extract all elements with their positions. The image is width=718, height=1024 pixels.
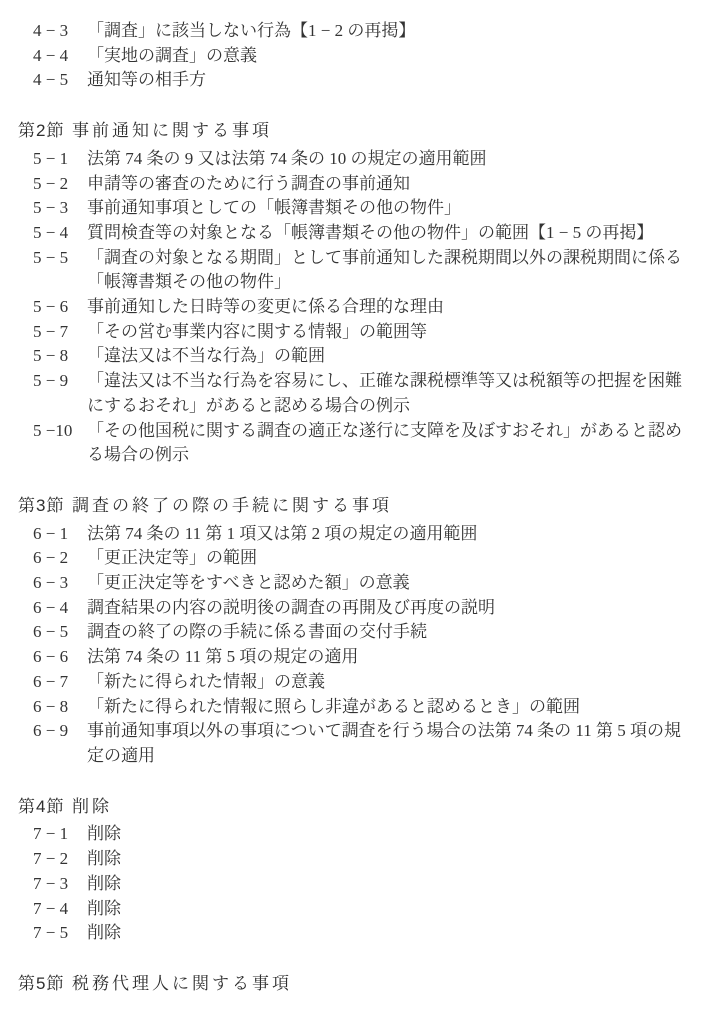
toc-item-text: 削除: [87, 847, 700, 872]
toc-item-text: 削除: [87, 822, 700, 847]
toc-item-line: 削除: [87, 921, 700, 946]
toc-item-number: 6 − 8: [33, 695, 87, 720]
section-title: 調査の終了の際の手続に関する事項: [72, 494, 718, 519]
toc-item-number: 7 − 1: [33, 822, 87, 847]
toc-item-number: 5 − 1: [33, 147, 87, 172]
toc-item-text: 質問検査等の対象となる「帳簿書類その他の物件」の範囲【1 − 5 の再掲】: [87, 221, 700, 246]
toc-item-line: 事前通知事項以外の事項について調査を行う場合の法第 74 条の 11 第 5 項…: [87, 719, 700, 744]
toc-item: 5 − 8 「違法又は不当な行為」の範囲: [0, 344, 718, 369]
toc-item: 5 − 4 質問検査等の対象となる「帳簿書類その他の物件」の範囲【1 − 5 の…: [0, 221, 718, 246]
section-heading: 第4節 削除: [0, 795, 718, 820]
toc-item: 5 − 5 「調査の対象となる期間」として事前通知した課税期間以外の課税期間に係…: [0, 246, 718, 295]
toc-item-line: る場合の例示: [87, 443, 700, 468]
toc-item-number: 5 − 5: [33, 246, 87, 295]
toc-item-line: 「新たに得られた情報」の意義: [87, 670, 700, 695]
section-heading: 第3節 調査の終了の際の手続に関する事項: [0, 494, 718, 519]
toc-item: 7 − 2 削除: [0, 847, 718, 872]
toc-item: 6 − 2 「更正決定等」の範囲: [0, 546, 718, 571]
toc-item-text: 「新たに得られた情報」の意義: [87, 670, 700, 695]
toc-item-line: 事前通知した日時等の変更に係る合理的な理由: [87, 295, 700, 320]
toc-item-text: 調査結果の内容の説明後の調査の再開及び再度の説明: [87, 596, 700, 621]
toc-item-number: 7 − 2: [33, 847, 87, 872]
toc-item-number: 5 − 4: [33, 221, 87, 246]
toc-item: 6 − 4 調査結果の内容の説明後の調査の再開及び再度の説明: [0, 596, 718, 621]
toc-item-line: 法第 74 条の 9 又は法第 74 条の 10 の規定の適用範囲: [87, 147, 700, 172]
toc-item-text: 通知等の相手方: [87, 68, 700, 93]
toc-item-line: 削除: [87, 872, 700, 897]
toc-item-line: 調査の終了の際の手続に係る書面の交付手続: [87, 620, 700, 645]
toc-item-line: 「更正決定等」の範囲: [87, 546, 700, 571]
toc-item-number: 5 − 6: [33, 295, 87, 320]
toc-item-line: 法第 74 条の 11 第 1 項又は第 2 項の規定の適用範囲: [87, 522, 700, 547]
toc-item-number: 7 − 5: [33, 921, 87, 946]
toc-item-text: 法第 74 条の 11 第 1 項又は第 2 項の規定の適用範囲: [87, 522, 700, 547]
toc-item-line: 事前通知事項としての「帳簿書類その他の物件」: [87, 196, 700, 221]
toc-item-line: 削除: [87, 897, 700, 922]
toc-item-line: 「その営む事業内容に関する情報」の範囲等: [87, 320, 700, 345]
toc-item-line: 定の適用: [87, 744, 700, 769]
toc-item-text: 「更正決定等をすべきと認めた額」の意義: [87, 571, 700, 596]
toc-item: 4 − 4 「実地の調査」の意義: [0, 44, 718, 69]
toc-item-number: 6 − 1: [33, 522, 87, 547]
toc-item: 7 − 4 削除: [0, 897, 718, 922]
section-number: 第5節: [18, 972, 72, 997]
toc-item: 5 − 6 事前通知した日時等の変更に係る合理的な理由: [0, 295, 718, 320]
toc-item-number: 5 − 3: [33, 196, 87, 221]
toc-item: 5 − 7 「その営む事業内容に関する情報」の範囲等: [0, 320, 718, 345]
toc-item-line: 「その他国税に関する調査の適正な遂行に支障を及ぼすおそれ」があると認め: [87, 419, 700, 444]
toc-item-line: 「調査」に該当しない行為【1 − 2 の再掲】: [87, 19, 700, 44]
toc-item-text: 削除: [87, 872, 700, 897]
toc-item-number: 6 − 2: [33, 546, 87, 571]
section-heading: 第5節 税務代理人に関する事項: [0, 972, 718, 997]
toc-item: 6 − 9 事前通知事項以外の事項について調査を行う場合の法第 74 条の 11…: [0, 719, 718, 768]
toc-item-text: 事前通知事項としての「帳簿書類その他の物件」: [87, 196, 700, 221]
toc-item-line: 調査結果の内容の説明後の調査の再開及び再度の説明: [87, 596, 700, 621]
toc-item-number: 5 − 2: [33, 172, 87, 197]
toc-item-number: 6 − 5: [33, 620, 87, 645]
toc-item: 4 − 5 通知等の相手方: [0, 68, 718, 93]
toc-item: 6 − 1 法第 74 条の 11 第 1 項又は第 2 項の規定の適用範囲: [0, 522, 718, 547]
toc-item-line: 通知等の相手方: [87, 68, 700, 93]
section-title: 事前通知に関する事項: [72, 119, 718, 144]
toc-item: 4 − 3 「調査」に該当しない行為【1 − 2 の再掲】: [0, 19, 718, 44]
toc-item-number: 5 −10: [33, 419, 87, 468]
toc-item-text: 「調査の対象となる期間」として事前通知した課税期間以外の課税期間に係る 「帳簿書…: [87, 246, 700, 295]
toc-item-number: 6 − 9: [33, 719, 87, 768]
toc-item-number: 6 − 7: [33, 670, 87, 695]
toc-item-line: 「違法又は不当な行為」の範囲: [87, 344, 700, 369]
section-heading: 第2節 事前通知に関する事項: [0, 119, 718, 144]
toc-item-line: 「帳簿書類その他の物件」: [87, 270, 700, 295]
toc-item-number: 4 − 3: [33, 19, 87, 44]
toc-item-number: 4 − 4: [33, 44, 87, 69]
toc-item: 6 − 7 「新たに得られた情報」の意義: [0, 670, 718, 695]
toc-item-text: 法第 74 条の 9 又は法第 74 条の 10 の規定の適用範囲: [87, 147, 700, 172]
toc-item-text: 「新たに得られた情報に照らし非違があると認めるとき」の範囲: [87, 695, 700, 720]
toc-item-number: 6 − 3: [33, 571, 87, 596]
toc-item-line: 削除: [87, 847, 700, 872]
toc-item: 7 − 1 削除: [0, 822, 718, 847]
toc-item: 5 − 3 事前通知事項としての「帳簿書類その他の物件」: [0, 196, 718, 221]
section-number: 第3節: [18, 494, 72, 519]
toc-item-number: 6 − 6: [33, 645, 87, 670]
document-page: 4 − 3 「調査」に該当しない行為【1 − 2 の再掲】 4 − 4 「実地の…: [0, 0, 718, 1024]
toc-item-line: 申請等の審査のために行う調査の事前通知: [87, 172, 700, 197]
toc-item-text: 事前通知した日時等の変更に係る合理的な理由: [87, 295, 700, 320]
toc-item-line: 法第 74 条の 11 第 5 項の規定の適用: [87, 645, 700, 670]
toc-item-line: 「違法又は不当な行為を容易にし、正確な課税標準等又は税額等の把握を困難: [87, 369, 700, 394]
toc-item-line: 「実地の調査」の意義: [87, 44, 700, 69]
toc-item-text: 削除: [87, 921, 700, 946]
toc-item-number: 7 − 4: [33, 897, 87, 922]
toc-item-text: 「その営む事業内容に関する情報」の範囲等: [87, 320, 700, 345]
toc-item-text: 調査の終了の際の手続に係る書面の交付手続: [87, 620, 700, 645]
section-title: 税務代理人に関する事項: [72, 972, 718, 997]
toc-item: 6 − 3 「更正決定等をすべきと認めた額」の意義: [0, 571, 718, 596]
toc-item-text: 「更正決定等」の範囲: [87, 546, 700, 571]
toc-item-text: 「調査」に該当しない行為【1 − 2 の再掲】: [87, 19, 700, 44]
toc-item-line: 「調査の対象となる期間」として事前通知した課税期間以外の課税期間に係る: [87, 246, 700, 271]
section-title: 削除: [72, 795, 718, 820]
toc-item-line: 質問検査等の対象となる「帳簿書類その他の物件」の範囲【1 − 5 の再掲】: [87, 221, 700, 246]
toc-item-line: 「更正決定等をすべきと認めた額」の意義: [87, 571, 700, 596]
toc-item: 7 − 5 削除: [0, 921, 718, 946]
toc-item-text: 「違法又は不当な行為」の範囲: [87, 344, 700, 369]
toc-item: 5 − 1 法第 74 条の 9 又は法第 74 条の 10 の規定の適用範囲: [0, 147, 718, 172]
toc-item-number: 5 − 7: [33, 320, 87, 345]
toc-item-line: 「新たに得られた情報に照らし非違があると認めるとき」の範囲: [87, 695, 700, 720]
toc-item: 5 − 2 申請等の審査のために行う調査の事前通知: [0, 172, 718, 197]
section-number: 第4節: [18, 795, 72, 820]
toc-item-text: 法第 74 条の 11 第 5 項の規定の適用: [87, 645, 700, 670]
toc-item-text: 「実地の調査」の意義: [87, 44, 700, 69]
toc-item-number: 4 − 5: [33, 68, 87, 93]
toc-item-text: 「違法又は不当な行為を容易にし、正確な課税標準等又は税額等の把握を困難 にするお…: [87, 369, 700, 418]
section-number: 第2節: [18, 119, 72, 144]
toc-item: 5 −10 「その他国税に関する調査の適正な遂行に支障を及ぼすおそれ」があると認…: [0, 419, 718, 468]
toc-item-text: 削除: [87, 897, 700, 922]
toc-item-number: 7 − 3: [33, 872, 87, 897]
toc-item-number: 6 − 4: [33, 596, 87, 621]
toc-item: 7 − 3 削除: [0, 872, 718, 897]
toc-item-text: 「その他国税に関する調査の適正な遂行に支障を及ぼすおそれ」があると認め る場合の…: [87, 419, 700, 468]
toc-item-number: 5 − 9: [33, 369, 87, 418]
toc-item: 5 − 9 「違法又は不当な行為を容易にし、正確な課税標準等又は税額等の把握を困…: [0, 369, 718, 418]
toc-item: 6 − 5 調査の終了の際の手続に係る書面の交付手続: [0, 620, 718, 645]
toc-item-text: 申請等の審査のために行う調査の事前通知: [87, 172, 700, 197]
toc-item-text: 事前通知事項以外の事項について調査を行う場合の法第 74 条の 11 第 5 項…: [87, 719, 700, 768]
toc-item-line: 削除: [87, 822, 700, 847]
toc-item: 6 − 6 法第 74 条の 11 第 5 項の規定の適用: [0, 645, 718, 670]
toc-item-number: 5 − 8: [33, 344, 87, 369]
toc-item: 6 − 8 「新たに得られた情報に照らし非違があると認めるとき」の範囲: [0, 695, 718, 720]
toc-item-line: にするおそれ」があると認める場合の例示: [87, 394, 700, 419]
